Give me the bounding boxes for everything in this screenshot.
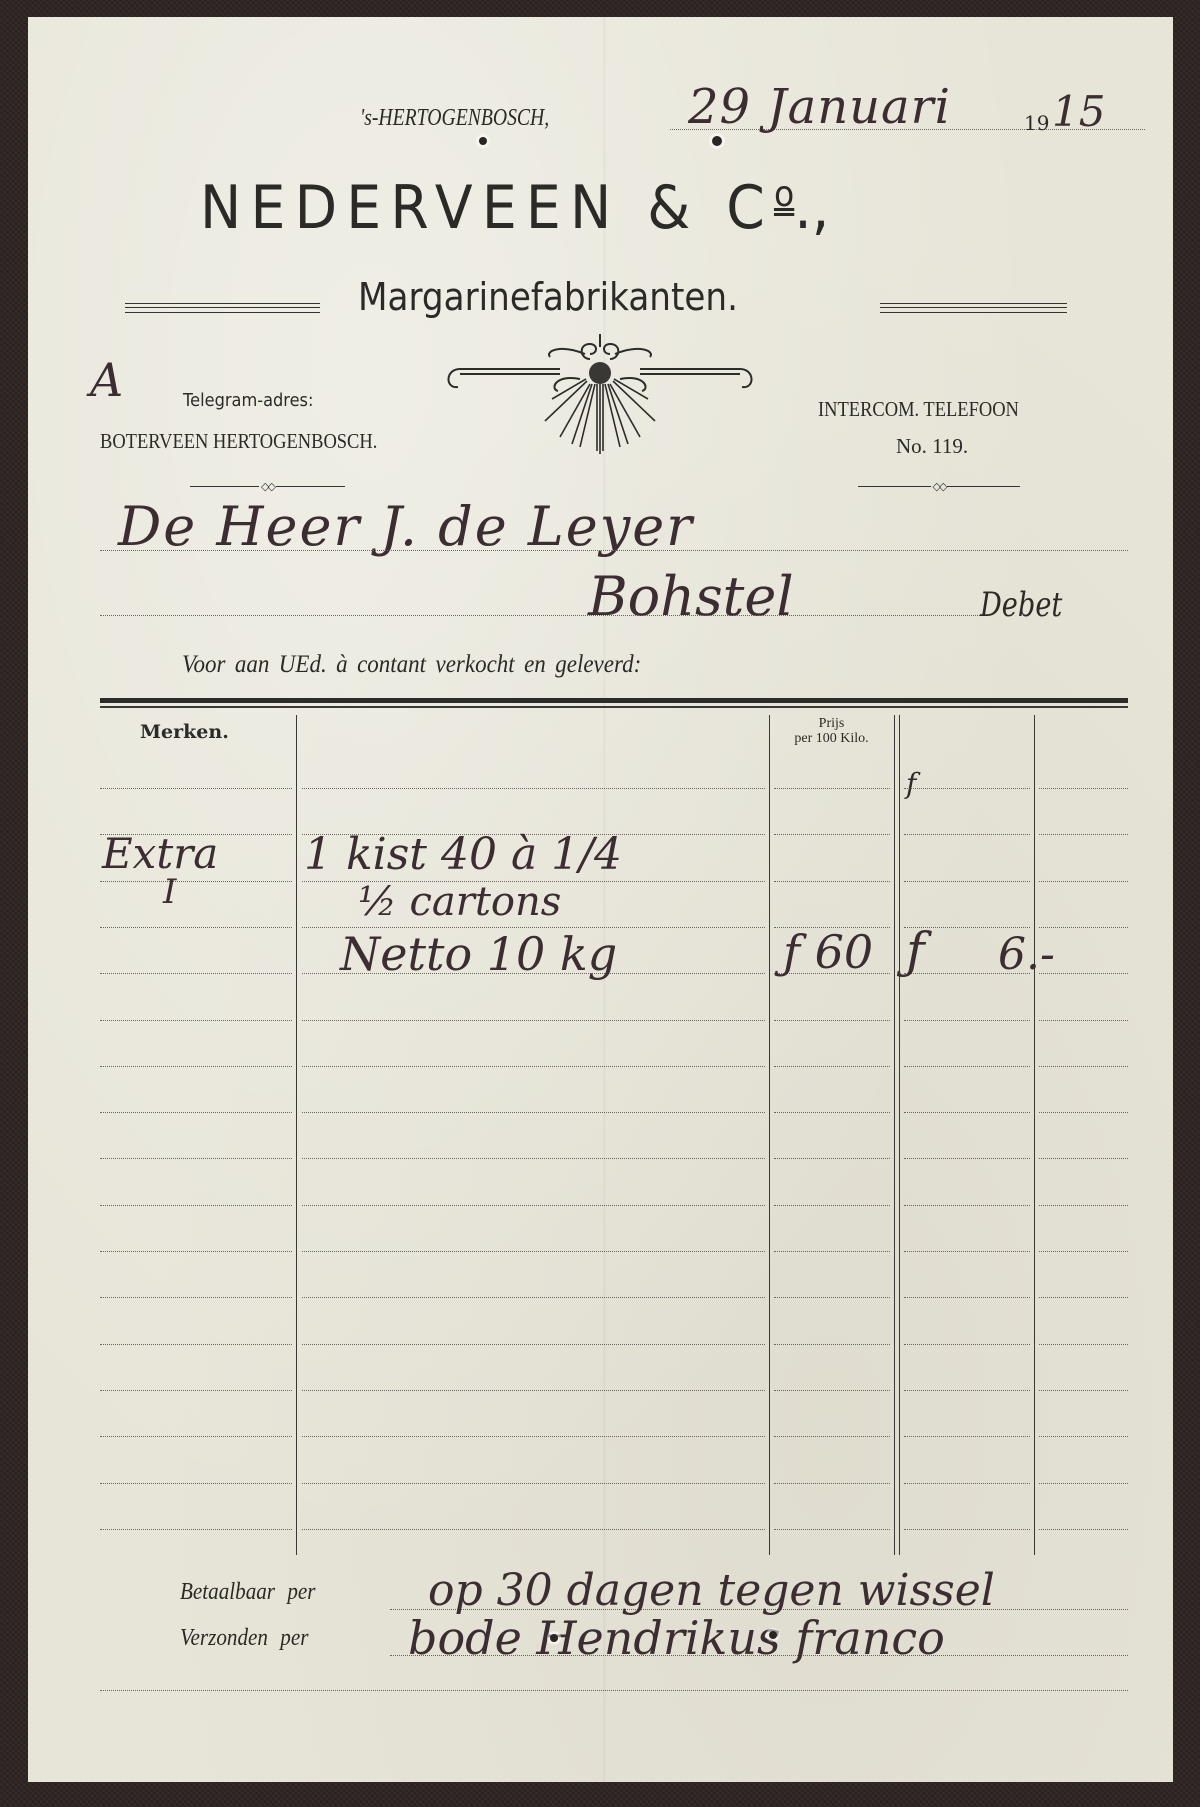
table-row-line	[1039, 1112, 1128, 1113]
company-name-text: NEDERVEEN & C	[200, 173, 774, 243]
header-price-line1: Prijs	[769, 716, 894, 731]
table-row-line	[904, 1251, 1030, 1252]
verzonden-value: bode Hendrikus franco	[408, 1611, 945, 1665]
table-row-line	[1039, 788, 1128, 789]
table-row-line	[904, 1066, 1030, 1067]
table-row-line	[1039, 881, 1128, 882]
table-row-line	[100, 1483, 292, 1484]
table-row-line	[1039, 1390, 1128, 1391]
table-row-line	[100, 1297, 292, 1298]
column-divider-amount-a	[894, 715, 895, 1555]
table-row-line	[302, 1390, 765, 1391]
table-row-line	[1039, 1483, 1128, 1484]
currency-symbol: f	[906, 767, 916, 800]
table-row-line	[774, 1483, 890, 1484]
telephone-label: INTERCOM. TELEFOON	[818, 397, 1019, 422]
betaalbaar-value: op 30 dagen tegen wissel	[428, 1565, 995, 1616]
recipient-line-1	[100, 550, 1128, 551]
table-row-line	[100, 1020, 292, 1021]
telephone-number: No. 119.	[896, 434, 968, 459]
company-name: NEDERVEEN & Co.,	[200, 173, 829, 243]
column-divider-cents	[1034, 715, 1035, 1555]
table-row-line	[1039, 1205, 1128, 1206]
table-row-line	[774, 1390, 890, 1391]
table-row-line	[1039, 1297, 1128, 1298]
table-row-line	[1039, 1066, 1128, 1067]
table-row-line	[302, 1251, 765, 1252]
invoice-paper: 's-HERTOGENBOSCH, 29 Januari 19 15 NEDER…	[28, 17, 1173, 1782]
table-top-rule-thin	[100, 706, 1128, 708]
table-row-line	[100, 881, 292, 882]
header-merken: Merken.	[140, 721, 229, 743]
intro-text: Voor aan UEd. à contant verkocht en gele…	[182, 651, 641, 679]
table-row-line	[100, 1066, 292, 1067]
table-row-line	[302, 1436, 765, 1437]
punch-hole	[712, 136, 722, 146]
table-row-line	[904, 881, 1030, 882]
subtitle-right-rule	[880, 303, 1067, 313]
betaalbaar-label: Betaalbaar per	[180, 1579, 316, 1606]
table-row-line	[774, 1158, 890, 1159]
table-row-line	[1039, 834, 1128, 835]
date-handwritten: 29 Januari	[688, 79, 951, 135]
telegram-label: Telegram-adres:	[183, 390, 313, 411]
entry-amount-prefix: ƒ	[906, 922, 925, 980]
entry-description-line3: Netto 10 kg	[340, 927, 617, 981]
table-row-line	[100, 788, 292, 789]
table-row-line	[302, 1066, 765, 1067]
table-row-line	[1039, 1158, 1128, 1159]
table-row-line	[302, 1020, 765, 1021]
table-row-line	[904, 788, 1030, 789]
punch-hole	[479, 137, 487, 145]
table-row-line	[904, 1020, 1030, 1021]
table-row-line	[904, 834, 1030, 835]
table-row-line	[774, 1251, 890, 1252]
table-row-line	[100, 973, 292, 974]
table-row-line	[1039, 927, 1128, 928]
table-row-line	[774, 1066, 890, 1067]
recipient-line-2	[100, 615, 980, 616]
table-row-line	[774, 1529, 890, 1530]
table-row-line	[302, 1297, 765, 1298]
table-row-line	[904, 1529, 1030, 1530]
table-row-line	[100, 1112, 292, 1113]
table-row-line	[302, 1344, 765, 1345]
recipient-place: Bohstel	[588, 565, 794, 628]
recipient-name: De Heer J. de Leyer	[118, 495, 694, 558]
table-row-line	[302, 1529, 765, 1530]
company-subtitle: Margarinefabrikanten.	[358, 275, 738, 319]
table-row-line	[302, 1112, 765, 1113]
table-row-line	[100, 1390, 292, 1391]
column-divider-merken	[296, 715, 297, 1555]
table-row-line	[774, 834, 890, 835]
table-row-line	[100, 1344, 292, 1345]
table-row-line	[100, 1205, 292, 1206]
debet-label: Debet	[980, 585, 1062, 625]
entry-description-line1: 1 kist 40 à 1/4	[304, 829, 622, 880]
table-row-line	[904, 1205, 1030, 1206]
table-row-line	[904, 1297, 1030, 1298]
table-row-line	[100, 1436, 292, 1437]
table-row-line	[1039, 1529, 1128, 1530]
entry-amount: 6.-	[998, 929, 1055, 980]
punch-hole	[769, 1631, 777, 1639]
entry-description-line2: ½ cartons	[358, 879, 561, 925]
table-row-line	[904, 1390, 1030, 1391]
table-row-line	[302, 1158, 765, 1159]
table-row-line	[302, 788, 765, 789]
place-label: 's-HERTOGENBOSCH,	[360, 105, 549, 132]
table-top-rule	[100, 698, 1128, 703]
margin-mark: A	[90, 353, 123, 407]
table-row-line	[1039, 1344, 1128, 1345]
table-row-line	[1039, 1436, 1128, 1437]
table-row-line	[904, 1344, 1030, 1345]
right-diamond-divider: ◇◇	[858, 479, 1020, 493]
table-row-line	[774, 1112, 890, 1113]
table-row-line	[774, 1020, 890, 1021]
entry-price: ƒ 60	[783, 925, 873, 979]
table-row-line	[100, 1158, 292, 1159]
entry-mark-sub: I	[163, 872, 176, 912]
table-row-line	[904, 1158, 1030, 1159]
table-row-line	[774, 1436, 890, 1437]
table-row-line	[302, 1205, 765, 1206]
header-price: Prijs per 100 Kilo.	[769, 716, 894, 746]
column-divider-price	[769, 715, 770, 1555]
table-row-line	[100, 1251, 292, 1252]
table-row-line	[904, 1483, 1030, 1484]
table-row-line	[774, 1344, 890, 1345]
punch-hole	[550, 1634, 558, 1642]
header-price-line2: per 100 Kilo.	[769, 731, 894, 746]
table-row-line	[904, 1436, 1030, 1437]
column-divider-amount-b	[899, 715, 900, 1555]
verzonden-label: Verzonden per	[180, 1625, 308, 1652]
table-row-line	[100, 927, 292, 928]
table-row-line	[1039, 1020, 1128, 1021]
year-handwritten: 15	[1052, 87, 1105, 136]
footer-bottom-line	[100, 1690, 1128, 1691]
entry-mark: Extra	[102, 829, 218, 878]
table-row-line	[302, 1483, 765, 1484]
fan-ornament-icon	[440, 329, 760, 459]
company-suffix: o	[774, 174, 794, 215]
table-row-line	[100, 1529, 292, 1530]
table-row-line	[774, 1297, 890, 1298]
table-row-line	[774, 881, 890, 882]
table-row-line	[774, 788, 890, 789]
left-diamond-divider: ◇◇	[190, 479, 345, 493]
telegram-address: BOTERVEEN HERTOGENBOSCH.	[100, 429, 377, 454]
year-printed-prefix: 19	[1024, 111, 1049, 135]
table-row-line	[774, 1205, 890, 1206]
table-row-line	[1039, 1251, 1128, 1252]
table-row-line	[904, 1112, 1030, 1113]
subtitle-left-rule	[125, 303, 320, 313]
company-tail: .,	[794, 173, 829, 243]
